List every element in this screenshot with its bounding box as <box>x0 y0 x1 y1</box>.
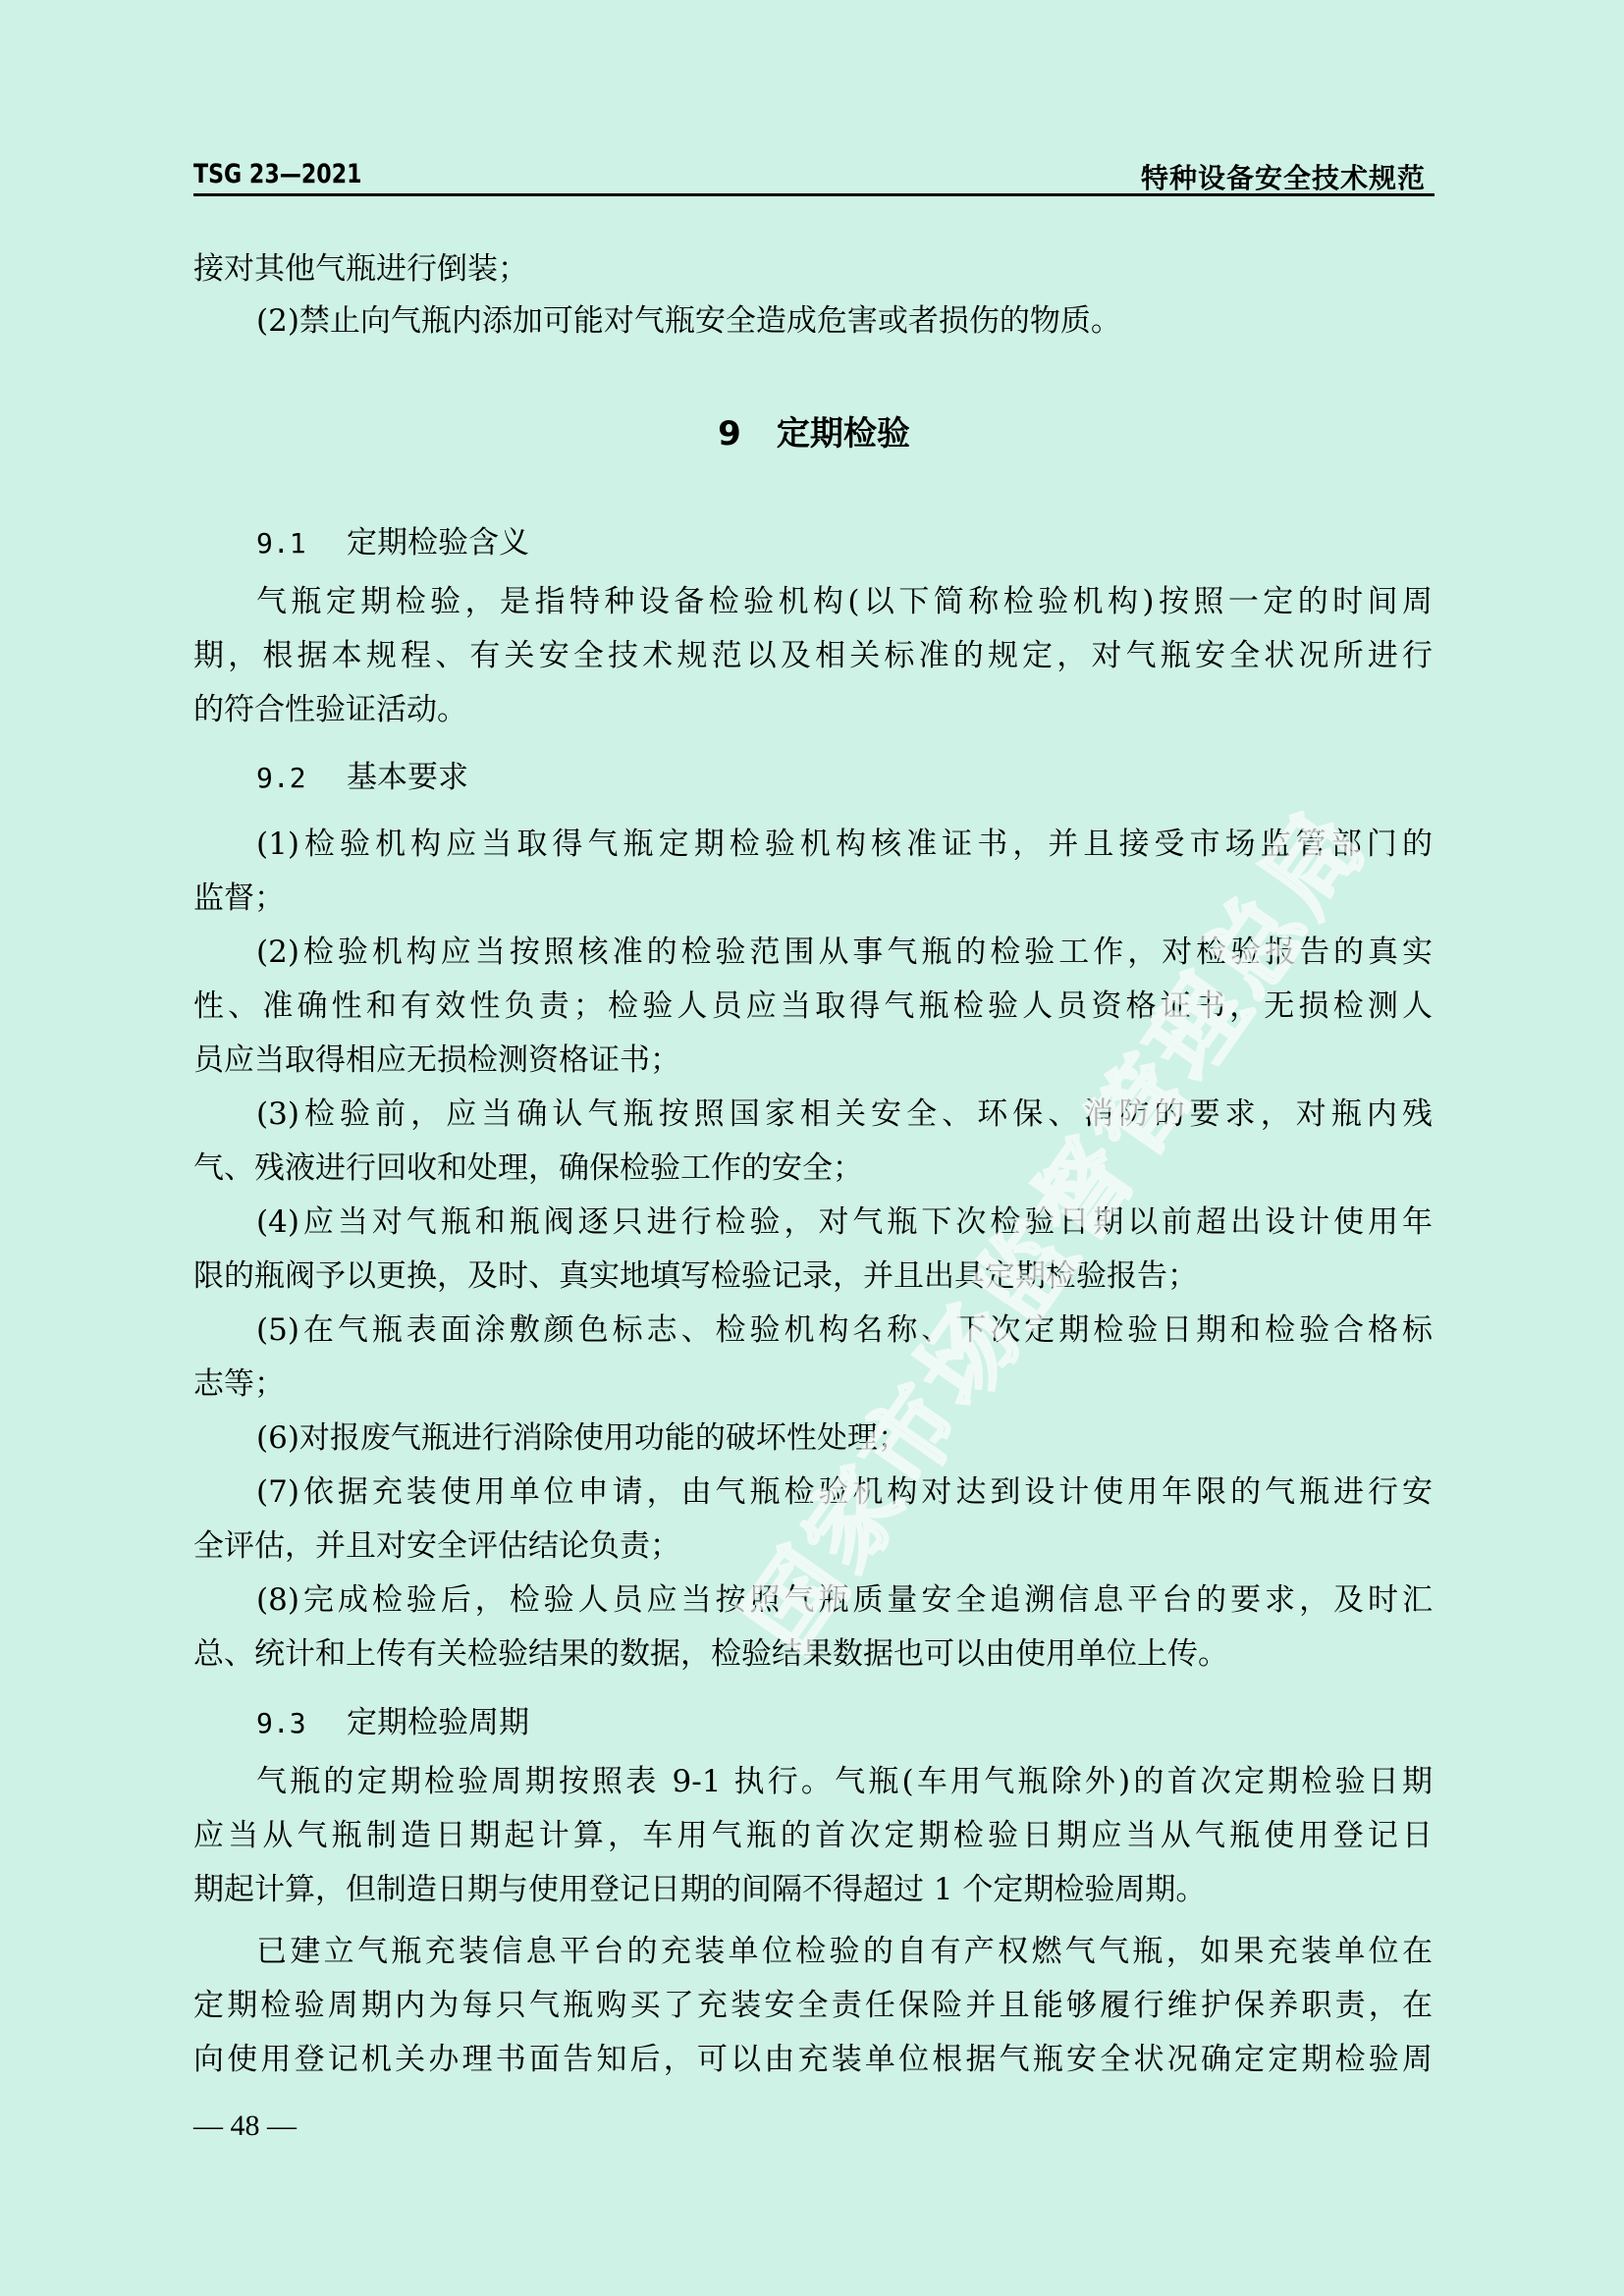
section-title: 定期检验周期 <box>347 1705 529 1740</box>
series-title: 特种设备安全技术规范 <box>1141 157 1426 196</box>
list-item-2-line: 性、准确性和有效性负责；检验人员应当取得气瓶检验人员资格证书，无损检测人 <box>193 987 1433 1026</box>
section-heading-9-3: 9.3定期检验周期 <box>256 1703 529 1743</box>
section-title: 定期检验含义 <box>347 525 529 561</box>
paragraph-line: 的符合性验证活动。 <box>193 690 467 729</box>
section-number: 9.2 <box>256 759 347 798</box>
paragraph-line: 已建立气瓶充装信息平台的充装单位检验的自有产权燃气气瓶，如果充装单位在 <box>256 1932 1433 1971</box>
continuation-line: 接对其他气瓶进行倒装； <box>193 249 528 289</box>
section-heading-9-1: 9.1定期检验含义 <box>256 523 529 563</box>
list-item-3-line: (3)检验前，应当确认气瓶按照国家相关安全、环保、消防的要求，对瓶内残 <box>256 1095 1433 1134</box>
paragraph-line: 期起计算，但制造日期与使用登记日期的间隔不得超过 1 个定期检验周期。 <box>193 1870 1206 1909</box>
list-item-5-line: 志等； <box>193 1364 285 1404</box>
paragraph-line: 应当从气瓶制造日期起计算，车用气瓶的首次定期检验日期应当从气瓶使用登记日 <box>193 1816 1433 1855</box>
list-item-4-line: 限的瓶阀予以更换，及时、真实地填写检验记录，并且出具定期检验报告； <box>193 1256 1198 1296</box>
list-item-7-line: 全评估，并且对安全评估结论负责； <box>193 1526 680 1566</box>
list-item-8-line: 总、统计和上传有关检验结果的数据，检验结果数据也可以由使用单位上传。 <box>193 1634 1228 1674</box>
document-code: TSG 23—2021 <box>193 159 362 189</box>
chapter-heading: 9定期检验 <box>193 412 1435 455</box>
list-item-6-line: (6)对报废气瓶进行消除使用功能的破坏性处理； <box>256 1418 908 1458</box>
chapter-number: 9 <box>718 414 741 454</box>
paragraph-line: 向使用登记机关办理书面告知后，可以由充装单位根据气瓶安全状况确定定期检验周 <box>193 2040 1433 2079</box>
list-item-continuation-2: (2)禁止向气瓶内添加可能对气瓶安全造成危害或者损伤的物质。 <box>256 301 1121 341</box>
paragraph-line: 气瓶定期检验，是指特种设备检验机构(以下简称检验机构)按照一定的时间周 <box>256 582 1433 621</box>
paragraph-line: 气瓶的定期检验周期按照表 9-1 执行。气瓶(车用气瓶除外)的首次定期检验日期 <box>256 1762 1433 1801</box>
list-item-8-line: (8)完成检验后，检验人员应当按照气瓶质量安全追溯信息平台的要求，及时汇 <box>256 1580 1433 1620</box>
chapter-title: 定期检验 <box>777 414 910 454</box>
list-item-1-line: 监督； <box>193 879 285 918</box>
header-rule <box>193 193 1435 196</box>
list-item-5-line: (5)在气瓶表面涂敷颜色标志、检验机构名称、下次定期检验日期和检验合格标 <box>256 1310 1433 1350</box>
list-item-3-line: 气、残液进行回收和处理，确保检验工作的安全； <box>193 1148 863 1188</box>
list-item-1-line: (1)检验机构应当取得气瓶定期检验机构核准证书，并且接受市场监管部门的 <box>256 825 1433 864</box>
list-item-2-line: (2)检验机构应当按照核准的检验范围从事气瓶的检验工作，对检验报告的真实 <box>256 933 1433 972</box>
section-title: 基本要求 <box>347 760 468 795</box>
document-page: TSG 23—2021 特种设备安全技术规范 接对其他气瓶进行倒装； (2)禁止… <box>193 0 1435 2296</box>
page-number: — 48 — <box>193 2109 297 2144</box>
section-number: 9.3 <box>256 1704 347 1743</box>
list-item-2-line: 员应当取得相应无损检测资格证书； <box>193 1041 680 1080</box>
paragraph-line: 定期检验周期内为每只气瓶购买了充装安全责任保险并且能够履行维护保养职责，在 <box>193 1986 1433 2025</box>
section-number: 9.1 <box>256 524 347 563</box>
section-heading-9-2: 9.2基本要求 <box>256 758 468 798</box>
paragraph-line: 期，根据本规程、有关安全技术规范以及相关标准的规定，对气瓶安全状况所进行 <box>193 636 1433 675</box>
list-item-4-line: (4)应当对气瓶和瓶阀逐只进行检验，对气瓶下次检验日期以前超出设计使用年 <box>256 1202 1433 1242</box>
list-item-7-line: (7)依据充装使用单位申请，由气瓶检验机构对达到设计使用年限的气瓶进行安 <box>256 1472 1433 1512</box>
running-header: TSG 23—2021 特种设备安全技术规范 <box>193 157 1435 194</box>
